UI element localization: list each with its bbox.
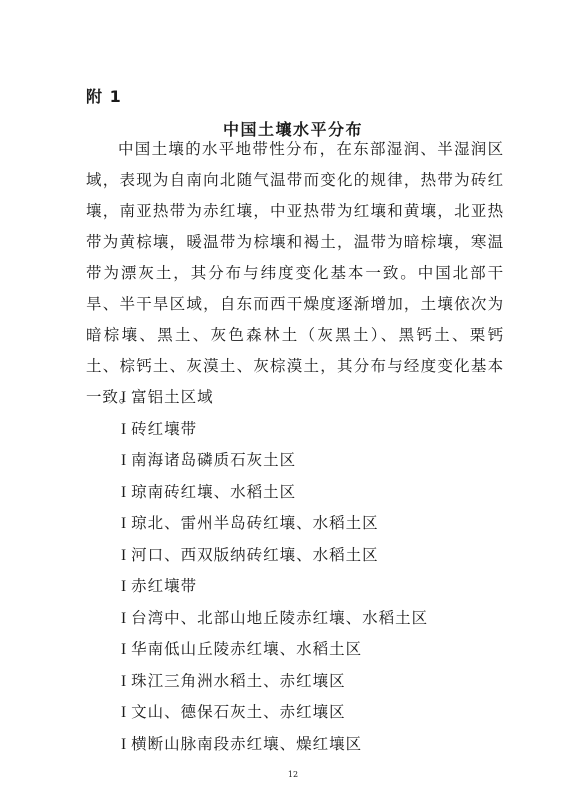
list-item: I华南低山丘陵赤红壤、水稻土区 (121, 634, 428, 666)
list-item: I文山、德保石灰土、赤红壤区 (121, 697, 428, 729)
list-item-text: 河口、西双版纳砖红壤、水稻土区 (131, 546, 379, 564)
list-marker: I (121, 389, 127, 406)
list-item-text: 南海诸岛磷质石灰土区 (131, 451, 296, 469)
list-item-text: 富铝土区域 (131, 388, 214, 406)
list-item: I富铝土区域 (121, 382, 428, 414)
list-marker: I (121, 547, 127, 564)
list-item-text: 琼北、雷州半岛砖红壤、水稻土区 (131, 514, 379, 532)
list-item-text: 珠江三角洲水稻土、赤红壤区 (131, 672, 346, 690)
list-item: I珠江三角洲水稻土、赤红壤区 (121, 666, 428, 698)
list-item-text: 华南低山丘陵赤红壤、水稻土区 (131, 640, 362, 658)
document-page: 附 1 中国土壤水平分布 中国土壤的水平地带性分布，在东部湿润、半湿润区域，表现… (0, 0, 586, 790)
list-marker: I (121, 421, 127, 438)
list-marker: I (121, 452, 127, 469)
list-item: I南海诸岛磷质石灰土区 (121, 445, 428, 477)
list-item: I台湾中、北部山地丘陵赤红壤、水稻土区 (121, 603, 428, 635)
body-paragraph: 中国土壤的水平地带性分布，在东部湿润、半湿润区域，表现为自南向北随气温带而变化的… (86, 134, 504, 413)
list-marker: I (121, 704, 127, 721)
list-item-text: 琼南砖红壤、水稻土区 (131, 483, 296, 501)
list-item: I琼北、雷州半岛砖红壤、水稻土区 (121, 508, 428, 540)
list-item-text: 赤红壤带 (131, 577, 197, 595)
list-marker: I (121, 515, 127, 532)
list-marker: I (121, 484, 127, 501)
list-item: I砖红壤带 (121, 414, 428, 446)
soil-region-list: I富铝土区域 I砖红壤带 I南海诸岛磷质石灰土区 I琼南砖红壤、水稻土区 I琼北… (121, 382, 428, 760)
list-item: I琼南砖红壤、水稻土区 (121, 477, 428, 509)
list-item: I赤红壤带 (121, 571, 428, 603)
list-marker: I (121, 673, 127, 690)
list-marker: I (121, 578, 127, 595)
list-item-text: 横断山脉南段赤红壤、燥红壤区 (131, 735, 362, 753)
list-item: I河口、西双版纳砖红壤、水稻土区 (121, 540, 428, 572)
list-item-text: 砖红壤带 (131, 420, 197, 438)
list-marker: I (121, 641, 127, 658)
page-number: 12 (0, 770, 586, 779)
list-item-text: 文山、德保石灰土、赤红壤区 (131, 703, 346, 721)
list-marker: I (121, 736, 127, 753)
list-item: I横断山脉南段赤红壤、燥红壤区 (121, 729, 428, 761)
appendix-label: 附 1 (86, 84, 122, 107)
list-marker: I (121, 610, 127, 627)
list-item-text: 台湾中、北部山地丘陵赤红壤、水稻土区 (131, 609, 428, 627)
